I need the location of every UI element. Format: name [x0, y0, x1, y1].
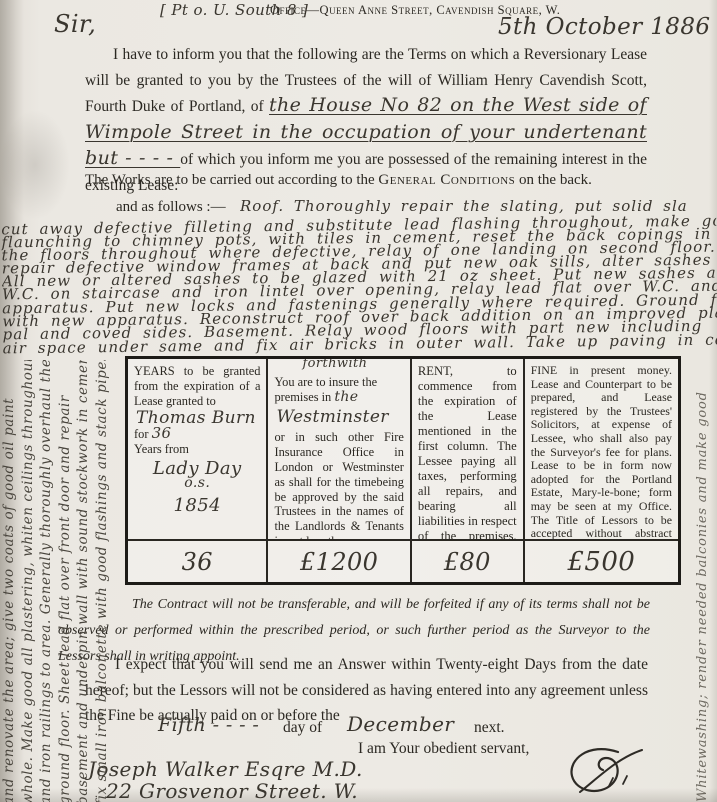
fine-day-handwritten: Fifth - - - - — [158, 714, 259, 736]
date-line: 5th October 1886 — [498, 14, 710, 40]
years-figure-handwritten: 36 — [152, 424, 172, 442]
signature-flourish — [560, 742, 660, 800]
insurance-printed-top: You are to insure the premises in the — [274, 375, 403, 405]
letter-page: [ Pt o. U. South 8 ] Office—Queen Anne S… — [0, 0, 717, 802]
margin-note-line: basement and underpin wall with sound st… — [74, 360, 93, 802]
years-column: YEARS to be granted from the expiration … — [128, 359, 266, 582]
for-years-line: for 36 — [134, 426, 260, 442]
lease-terms-table: YEARS to be granted from the expiration … — [125, 356, 681, 585]
insurance-value: £1200 — [300, 548, 378, 576]
margin-note-line: fix small iron balconette with good flas… — [93, 360, 112, 802]
margin-note-line: and iron railings to area. Generally tho… — [37, 360, 56, 802]
years-from-label: Years from — [134, 442, 260, 457]
years-printed-text: YEARS to be granted from the expiration … — [134, 364, 260, 409]
fine-column: FINE in present money. Lease and Counter… — [523, 359, 678, 582]
insurance-office-handwritten: Westminster — [276, 410, 403, 425]
as-follows-label: and as follows :— — [116, 199, 226, 216]
rent-value: £80 — [444, 548, 491, 576]
fine-printed-text: FINE in present money. Lease and Counter… — [531, 364, 672, 539]
recipient-name: Joseph Walker Esqre M.D. — [88, 757, 363, 781]
day-of-label: day of — [283, 719, 322, 737]
forthwith-insertion-handwritten: forthwith — [302, 359, 367, 372]
general-conditions-smallcaps: General Conditions — [378, 172, 515, 188]
rent-value-cell: £80 — [412, 539, 523, 582]
rent-column: RENT, to commence from the expiration of… — [410, 359, 523, 582]
rent-printed-text: RENT, to commence from the expiration of… — [418, 364, 517, 539]
left-margin-notes: and renovate the area; give two coats of… — [0, 360, 115, 802]
obedient-servant-line: I am Your obedient servant, — [358, 740, 529, 758]
the-handwritten: the — [334, 389, 358, 405]
insurance-printed-rest: or in such other Fire Insurance Office i… — [274, 430, 403, 539]
corner-smudge — [0, 110, 70, 220]
next-label: next. — [474, 719, 505, 737]
rent-header-cell: RENT, to commence from the expiration of… — [412, 359, 523, 539]
fine-value: £500 — [567, 547, 635, 577]
for-label: for — [134, 427, 148, 441]
margin-note-line: ground floor. Sheet lead flat over front… — [56, 360, 75, 802]
fine-value-cell: £500 — [525, 539, 678, 582]
insurance-header-cell: forthwith You are to insure the premises… — [268, 359, 409, 539]
years-value: 36 — [182, 548, 213, 576]
recipient-address: 22 Grosvenor Street. W. — [106, 779, 358, 802]
start-day-handwritten: Lady Day — [134, 461, 260, 476]
margin-note-line: whole. Make good all plastering, whiten … — [19, 360, 38, 802]
conditions-before: The Works are to be carried out accordin… — [85, 172, 378, 188]
margin-note-line: and renovate the area; give two coats of… — [0, 360, 19, 802]
start-year-handwritten: 1854 — [134, 498, 260, 513]
insure-text: You are to insure the premises in — [274, 375, 377, 404]
general-conditions-line: The Works are to be carried out accordin… — [85, 172, 660, 189]
years-value-cell: 36 — [128, 539, 266, 582]
conditions-after: on the back. — [515, 172, 592, 188]
fine-month-handwritten: December — [347, 712, 454, 736]
insurance-value-cell: £1200 — [268, 539, 409, 582]
fine-header-cell: FINE in present money. Lease and Counter… — [525, 359, 678, 539]
right-margin-note: Whitewashing; render needed balconies an… — [695, 350, 717, 802]
years-header-cell: YEARS to be granted from the expiration … — [128, 359, 266, 539]
works-handwritten-block: cut away defective filleting and substit… — [1, 212, 717, 361]
insurance-column: forthwith You are to insure the premises… — [266, 359, 409, 582]
salutation: Sir, — [54, 10, 96, 38]
